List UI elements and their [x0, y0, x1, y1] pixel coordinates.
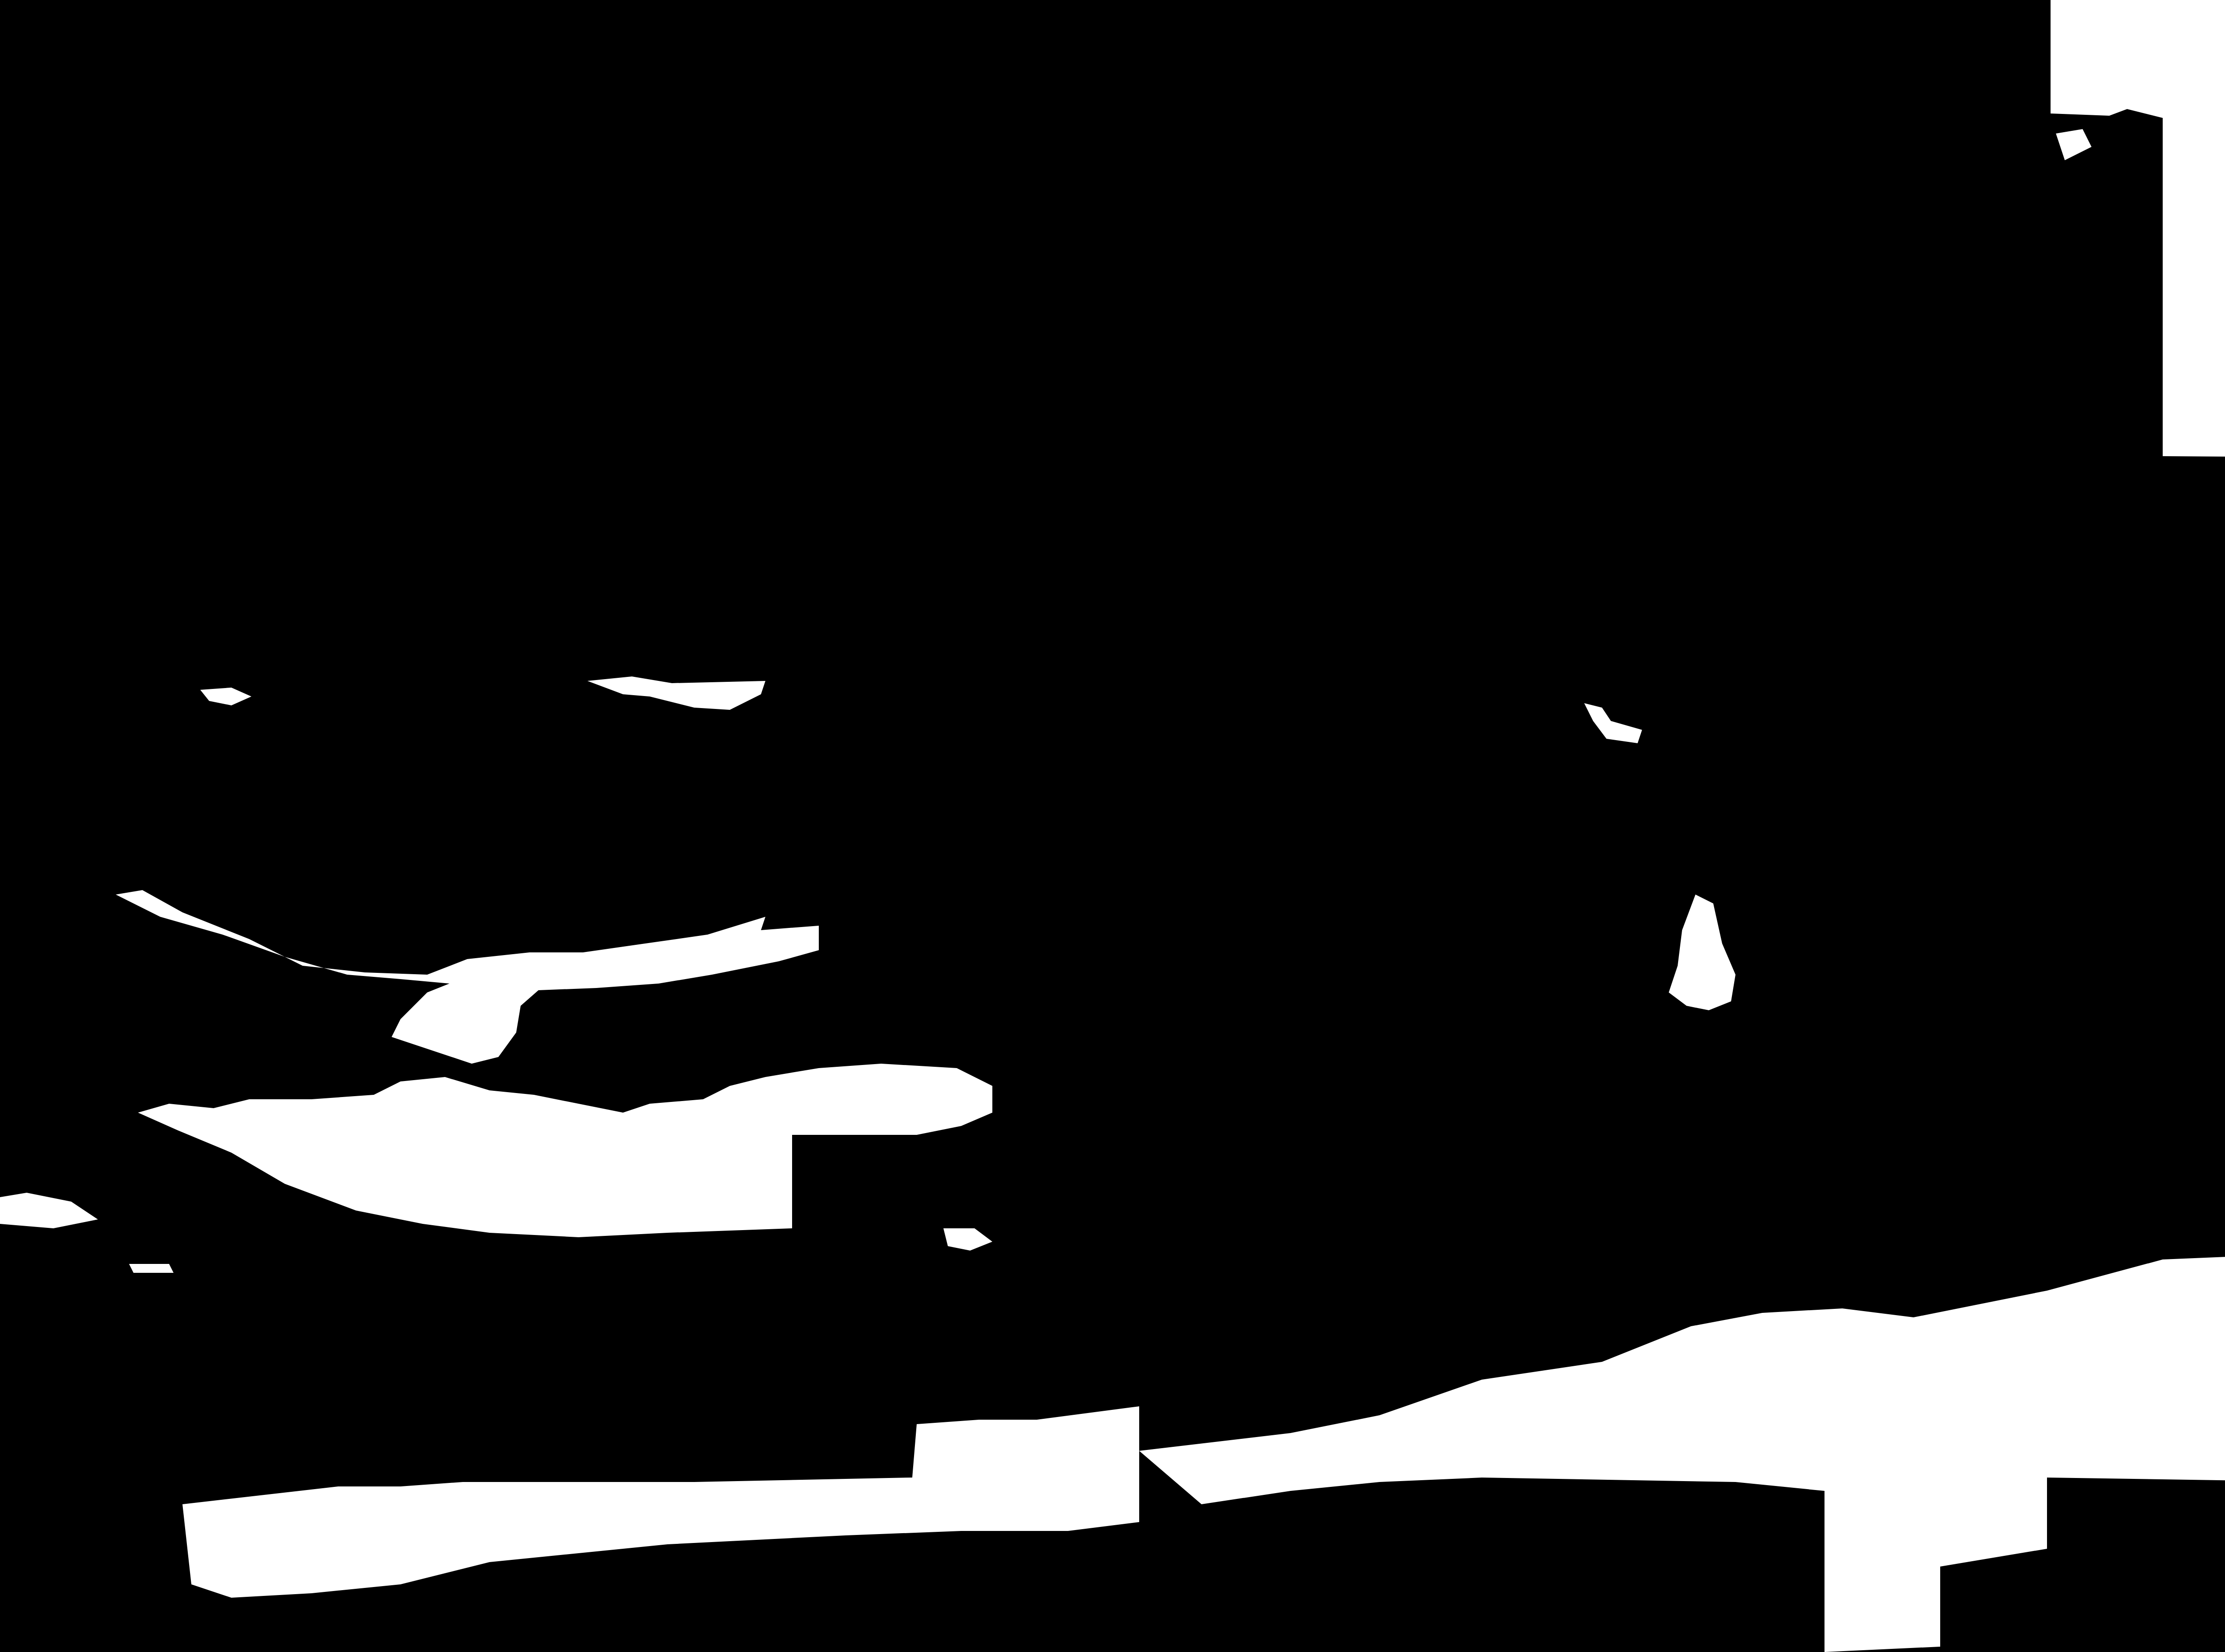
segmentation-mask — [0, 0, 2225, 1652]
small-blob — [129, 1264, 174, 1273]
